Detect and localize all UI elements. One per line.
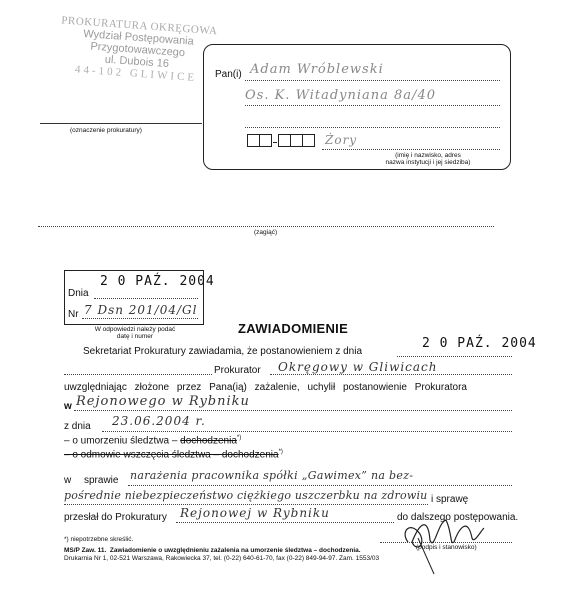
body-line-3: uwzględniając złożone przez Pana(ią) zaż… — [64, 382, 467, 393]
addressee-line-3 — [245, 127, 500, 128]
sender-caption: (oznaczenie prokuratury) — [70, 127, 142, 134]
z-dnia-value: 23.06.2004 r. — [112, 414, 206, 428]
prokurator-value-line — [270, 374, 512, 375]
przeslal-line — [176, 522, 394, 523]
addressee-caption: (imię i nazwisko, adres nazwa instytucji… — [373, 152, 483, 166]
body-line-1: Sekretariat Prokuratury zawiadamia, że p… — [83, 346, 362, 357]
prosecutor-office-line — [74, 410, 512, 411]
footer-printer: Drukarnia Nr 1, 02-521 Warszawa, Rakowie… — [64, 555, 379, 562]
option-2-struck: – o odmowie wszczęcia śledztwa – dochodz… — [64, 449, 279, 460]
addressee-city-line — [322, 149, 500, 150]
sprawa-line-2: pośrednie niebezpieczeństwo ciężkiego us… — [64, 489, 427, 502]
signature-caption: (podpis i stanowisko) — [416, 544, 477, 551]
przeslal-value: Rejonowej w Rybniku — [180, 506, 330, 520]
prokurator-label: Prokurator — [214, 365, 261, 376]
option-2-suffix: *) — [279, 449, 283, 455]
addressee-street: Os. K. Witadyniana 8a/40 — [245, 88, 436, 103]
prosecutor-office-stamp: PROKURATURA OKRĘGOWA Wydział Postępowani… — [51, 14, 225, 86]
i-sprawe-text: i sprawę — [431, 494, 468, 505]
option-1-struck: dochodzenia — [180, 435, 237, 446]
reference-caption-1: W odpowiedzi należy podać — [80, 326, 190, 333]
number-label: Nr — [68, 309, 79, 320]
reference-caption-2: datę i numer — [80, 333, 190, 340]
addressee-caption-2: nazwa instytucji i jej siedziba) — [373, 159, 483, 166]
addressee-street-line — [245, 105, 500, 106]
sender-line — [40, 123, 202, 124]
reference-caption: W odpowiedzi należy podać datę i numer — [80, 326, 190, 340]
number-value: 7 Dsn 201/04/Gl — [84, 303, 197, 317]
addressee-name: Adam Wróblewski — [250, 62, 384, 77]
sprawa-line-1: narażenia pracownika spółki „Gawimex” na… — [130, 469, 413, 482]
prosecutor-office-value: Rejonowego w Rybniku — [76, 394, 250, 409]
footer-note: *) niepotrzebne skreślić. — [64, 536, 133, 543]
decision-date-line — [397, 356, 512, 357]
prokurator-value: Okręgowy w Gliwicach — [278, 360, 438, 374]
z-dnia-label: z dnia — [64, 421, 91, 432]
number-line — [82, 318, 198, 319]
sprawa-line-2-dots — [64, 504, 428, 505]
document-title: ZAWIADOMIENIE — [238, 321, 348, 336]
postal-dash — [273, 142, 277, 143]
addressee-city: Żory — [325, 133, 357, 147]
date-label: Dnia — [68, 288, 89, 299]
przeslal-label: przesłał do Prokuratury — [64, 512, 167, 523]
postal-code-field — [247, 134, 314, 152]
date-line — [94, 298, 198, 299]
z-dnia-line — [102, 431, 512, 432]
footer-form-title: Zawiadomienie o uwzględnieniu zażalenia … — [110, 547, 361, 554]
decision-date-stamp: 2 0 PAŹ. 2004 — [422, 336, 537, 351]
option-umorzenie: – o umorzeniu śledztwa – dochodzenia*) — [64, 435, 241, 446]
addressee-name-line — [245, 80, 500, 81]
date-value: 2 0 PAŹ. 2004 — [100, 274, 215, 289]
fold-line — [38, 226, 494, 227]
postal-box-2 — [259, 134, 272, 147]
option-odmowa: – o odmowie wszczęcia śledztwa – dochodz… — [64, 449, 283, 460]
option-1-suffix: *) — [237, 435, 241, 441]
w-sprawie-label: w sprawie — [64, 475, 118, 486]
sprawa-line-1-dots — [128, 485, 512, 486]
addressee-label: Pan(i) — [215, 69, 242, 80]
prokurator-blank-line — [64, 374, 212, 375]
postal-box-5 — [302, 134, 315, 147]
option-1-prefix: – o umorzeniu śledztwa – — [64, 435, 180, 446]
fold-caption: (zagiąć) — [254, 229, 277, 236]
w-label: w — [64, 401, 72, 412]
footer-form-code: MS/P Zaw. 11. — [64, 547, 106, 554]
footer-form-line: MS/P Zaw. 11. Zawiadomienie o uwzględnie… — [64, 547, 361, 554]
addressee-caption-1: (imię i nazwisko, adres — [373, 152, 483, 159]
